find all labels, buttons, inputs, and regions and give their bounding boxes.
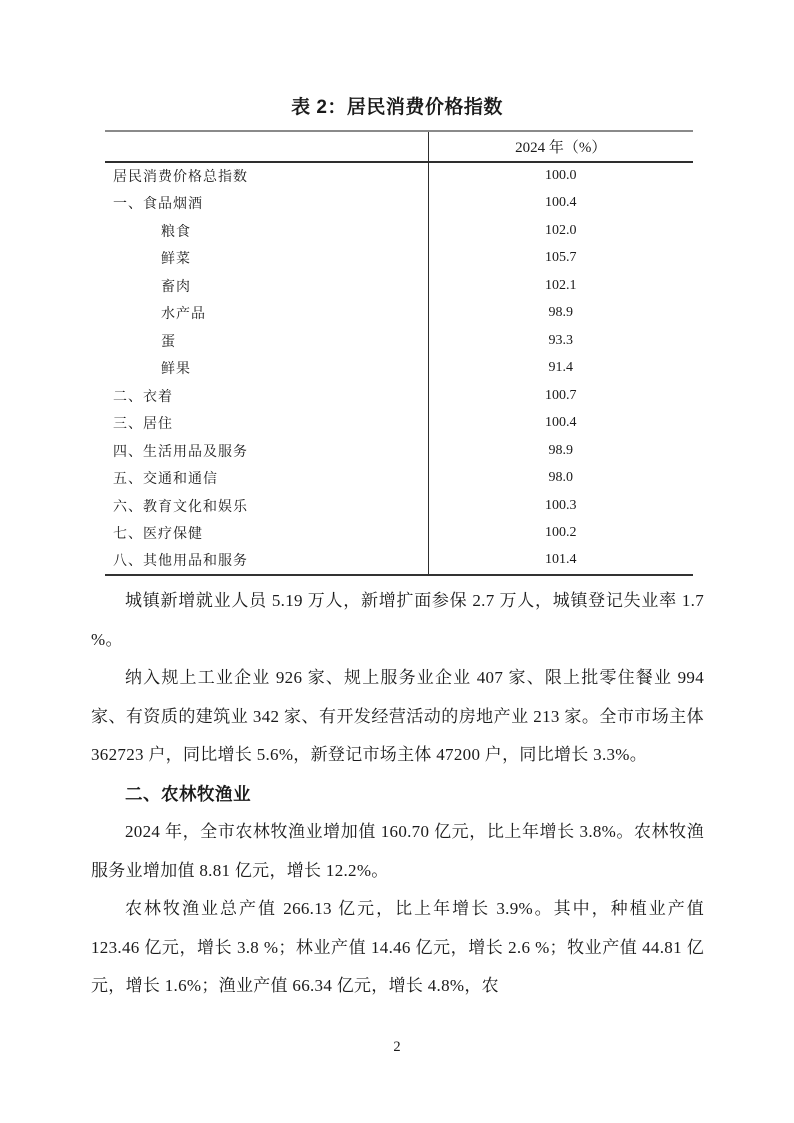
table-row: 畜肉102.1 <box>105 272 693 300</box>
table-row: 居民消费价格总指数100.0 <box>105 162 693 190</box>
row-value-cell: 98.9 <box>428 300 693 328</box>
row-value-cell: 102.1 <box>428 272 693 300</box>
cpi-table-header: 2024 年（%） <box>105 131 693 162</box>
row-value-cell: 93.3 <box>428 327 693 355</box>
table-row: 二、衣着100.7 <box>105 382 693 410</box>
table-row: 鲜果91.4 <box>105 355 693 383</box>
body-text-block: 城镇新增就业人员 5.19 万人，新增扩面参保 2.7 万人，城镇登记失业率 1… <box>91 582 704 1006</box>
row-value-cell: 101.4 <box>428 547 693 575</box>
row-value-cell: 100.2 <box>428 520 693 548</box>
table-row: 三、居住100.4 <box>105 410 693 438</box>
table-row: 粮食102.0 <box>105 217 693 245</box>
paragraph-employment: 城镇新增就业人员 5.19 万人，新增扩面参保 2.7 万人，城镇登记失业率 1… <box>91 582 704 659</box>
row-value-cell: 102.0 <box>428 217 693 245</box>
row-value-cell: 100.7 <box>428 382 693 410</box>
table-row: 四、生活用品及服务98.9 <box>105 437 693 465</box>
table-row: 蛋93.3 <box>105 327 693 355</box>
row-label-cell: 七、医疗保健 <box>105 520 428 548</box>
row-value-cell: 100.4 <box>428 190 693 218</box>
row-label-cell: 一、食品烟酒 <box>105 190 428 218</box>
header-category-cell <box>105 131 428 162</box>
paragraph-agriculture-output: 农林牧渔业总产值 266.13 亿元，比上年增长 3.9%。其中，种植业产值 1… <box>91 890 704 1006</box>
row-value-cell: 105.7 <box>428 245 693 273</box>
row-label-cell: 二、衣着 <box>105 382 428 410</box>
header-year-cell: 2024 年（%） <box>428 131 693 162</box>
cpi-table-body: 居民消费价格总指数100.0一、食品烟酒100.4粮食102.0鲜菜105.7畜… <box>105 162 693 575</box>
paragraph-enterprises: 纳入规上工业企业 926 家、规上服务业企业 407 家、限上批零住餐业 994… <box>91 659 704 775</box>
row-value-cell: 100.4 <box>428 410 693 438</box>
row-value-cell: 100.0 <box>428 162 693 190</box>
row-label-cell: 五、交通和通信 <box>105 465 428 493</box>
cpi-table: 2024 年（%） 居民消费价格总指数100.0一、食品烟酒100.4粮食102… <box>105 130 693 576</box>
row-label-cell: 三、居住 <box>105 410 428 438</box>
row-value-cell: 98.9 <box>428 437 693 465</box>
table-row: 八、其他用品和服务101.4 <box>105 547 693 575</box>
paragraph-agriculture-added-value: 2024 年，全市农林牧渔业增加值 160.70 亿元，比上年增长 3.8%。农… <box>91 813 704 890</box>
row-label-cell: 居民消费价格总指数 <box>105 162 428 190</box>
row-label-cell: 粮食 <box>105 217 428 245</box>
row-label-cell: 鲜果 <box>105 355 428 383</box>
page-number: 2 <box>0 1036 794 1058</box>
table-row: 一、食品烟酒100.4 <box>105 190 693 218</box>
table-row: 鲜菜105.7 <box>105 245 693 273</box>
table-row: 水产品98.9 <box>105 300 693 328</box>
row-label-cell: 八、其他用品和服务 <box>105 547 428 575</box>
table-row: 六、教育文化和娱乐100.3 <box>105 492 693 520</box>
table-title: 表 2：居民消费价格指数 <box>0 95 794 121</box>
row-label-cell: 六、教育文化和娱乐 <box>105 492 428 520</box>
table-header-row: 2024 年（%） <box>105 131 693 162</box>
row-label-cell: 鲜菜 <box>105 245 428 273</box>
row-label-cell: 四、生活用品及服务 <box>105 437 428 465</box>
row-value-cell: 100.3 <box>428 492 693 520</box>
table-row: 七、医疗保健100.2 <box>105 520 693 548</box>
row-label-cell: 水产品 <box>105 300 428 328</box>
row-value-cell: 91.4 <box>428 355 693 383</box>
table-row: 五、交通和通信98.0 <box>105 465 693 493</box>
row-label-cell: 蛋 <box>105 327 428 355</box>
section-heading-agriculture: 二、农林牧渔业 <box>91 775 704 814</box>
row-label-cell: 畜肉 <box>105 272 428 300</box>
row-value-cell: 98.0 <box>428 465 693 493</box>
document-page: 表 2：居民消费价格指数 2024 年（%） 居民消费价格总指数100.0一、食… <box>0 0 794 1123</box>
